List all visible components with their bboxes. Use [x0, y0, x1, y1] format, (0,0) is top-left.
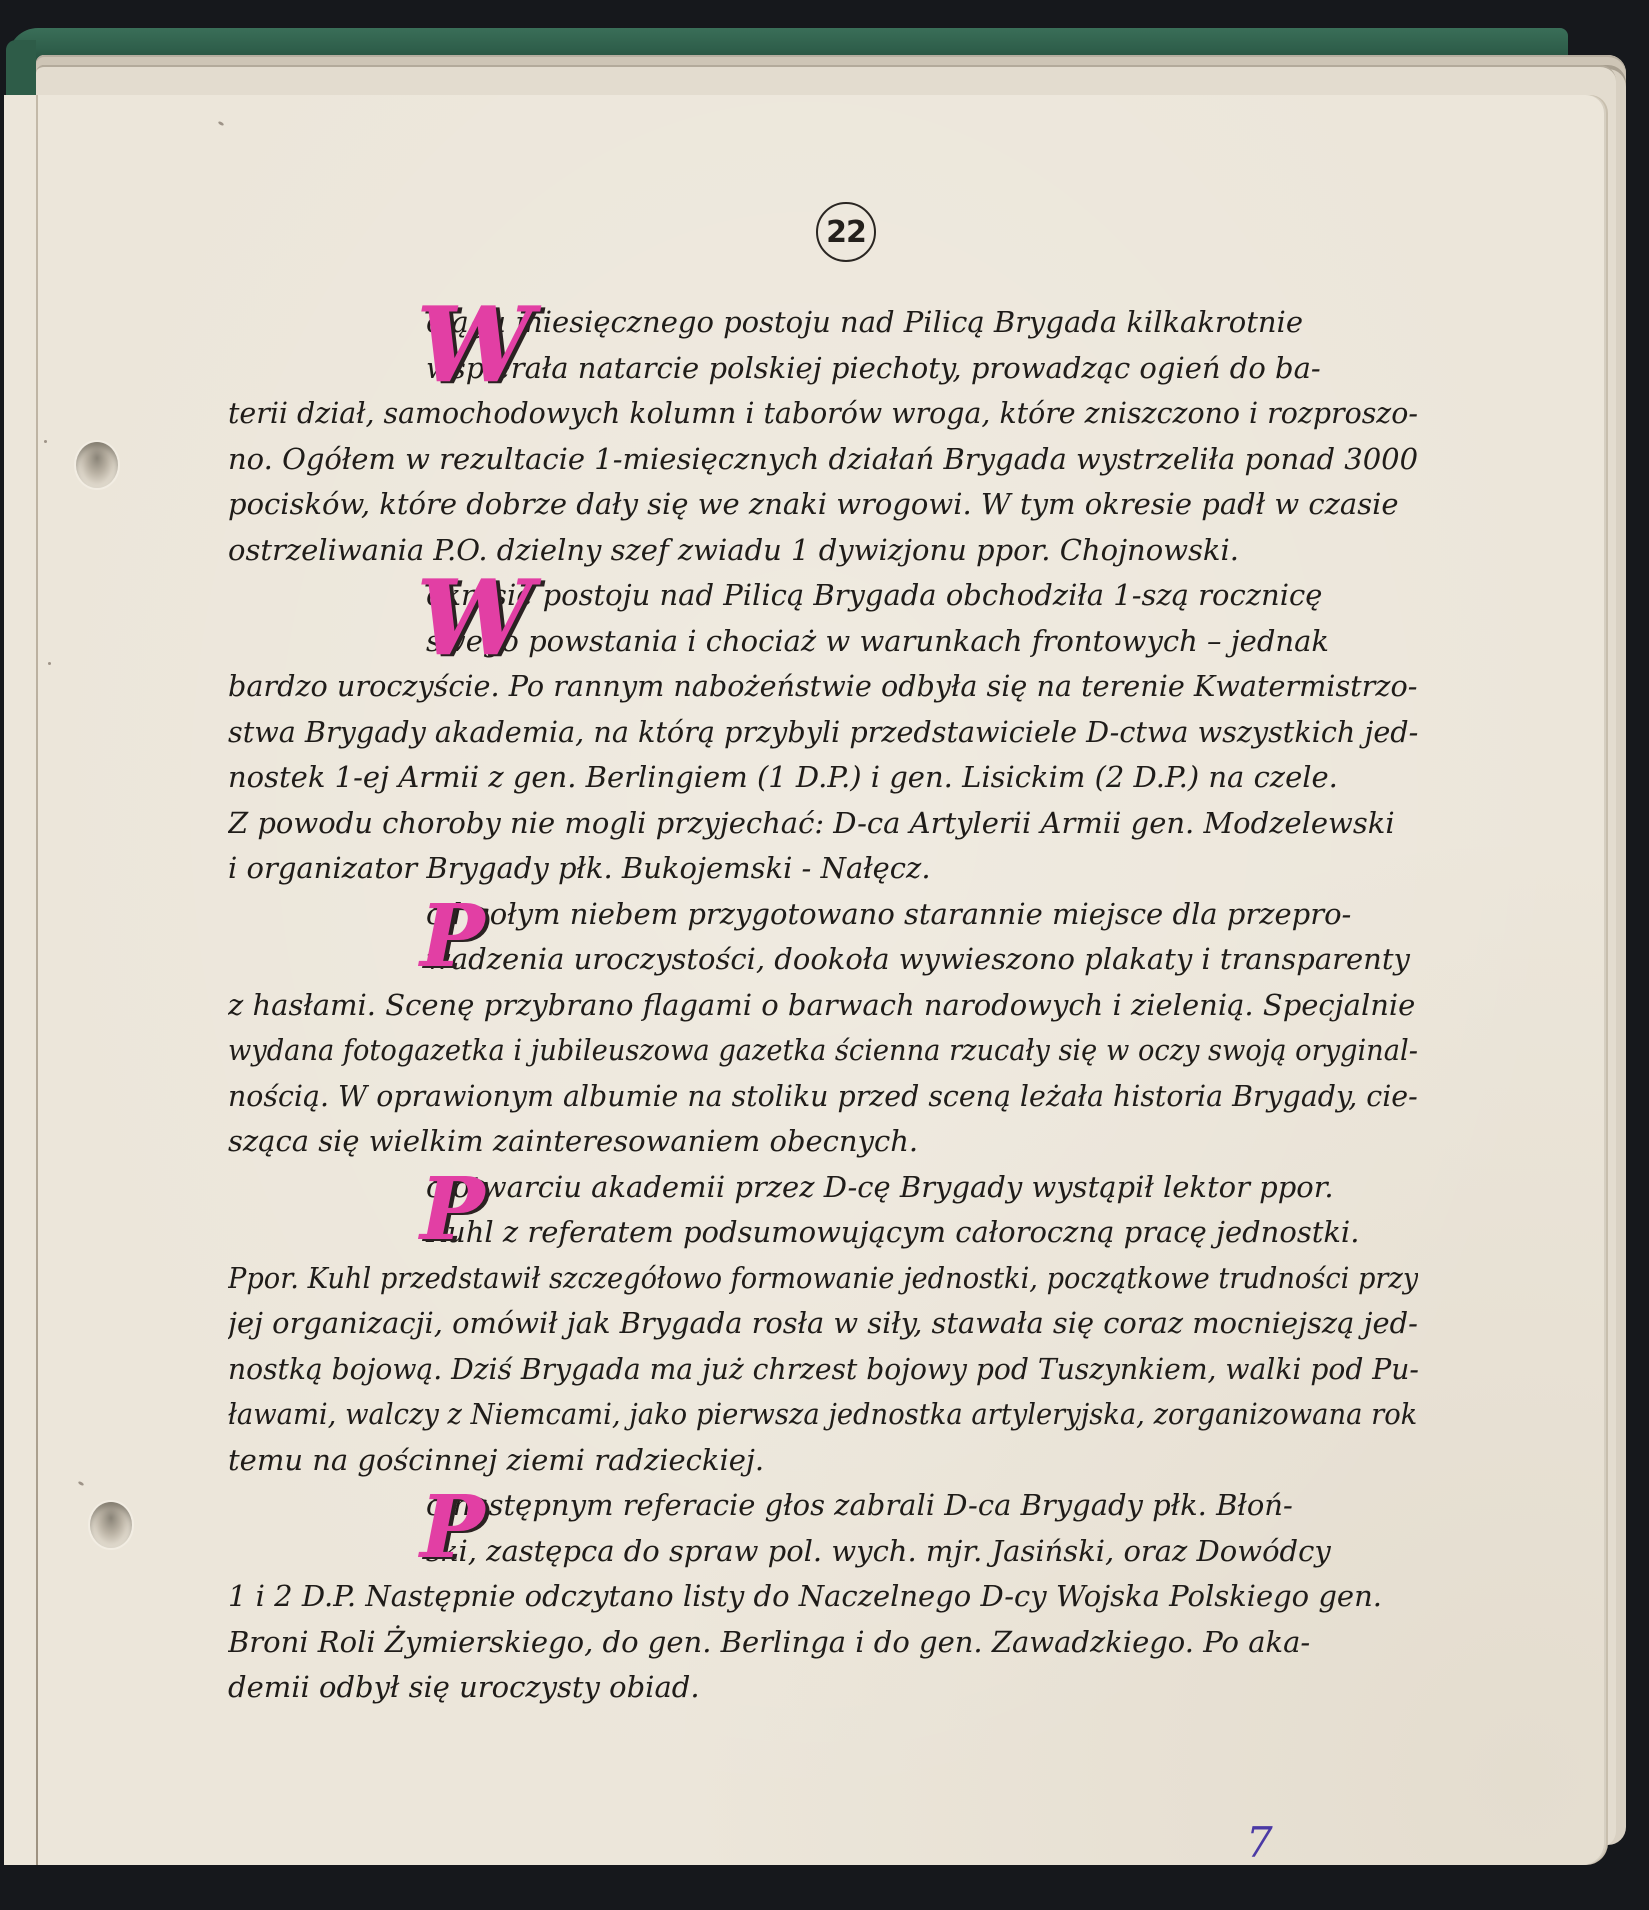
text-line: ławami, walczy z Niemcami, jako pierwsza… — [228, 1392, 1418, 1438]
text-line: od gołym niebem przygotowano starannie m… — [228, 892, 1418, 938]
text-line: sząca się wielkim zainteresowaniem obecn… — [228, 1119, 1418, 1165]
text-line: stwa Brygady akademia, na którą przybyli… — [228, 710, 1418, 756]
text-line: Kuhl z referatem podsumowującym całorocz… — [228, 1210, 1418, 1256]
text-line: wadzenia uroczystości, dookoła wywieszon… — [228, 937, 1418, 983]
text-line: no. Ogółem w rezultacie 1-miesięcznych d… — [228, 437, 1418, 483]
text-line: nostek 1-ej Armii z gen. Berlingiem (1 D… — [228, 755, 1418, 801]
text-line: okresie postoju nad Pilicą Brygada obcho… — [228, 573, 1418, 619]
decorative-initial: P — [420, 1485, 485, 1571]
text-line: o otwarciu akademii przez D-cę Brygady w… — [228, 1165, 1418, 1211]
text-line: swego powstania i chociaż w warunkach fr… — [228, 619, 1418, 665]
page-number: 22 — [816, 202, 876, 262]
text-line: Broni Roli Żymierskiego, do gen. Berling… — [228, 1620, 1418, 1666]
decorative-initial: P — [420, 1167, 485, 1253]
decorative-initial: W — [416, 302, 533, 388]
text-line: wydana fotogazetka i jubileuszowa gazetk… — [228, 1028, 1418, 1074]
paragraph-1: W ciągu miesięcznego postoju nad Pilicą … — [228, 300, 1418, 573]
binding-fold — [36, 95, 38, 1865]
text-line: Z powodu choroby nie mogli przyjechać: D… — [228, 801, 1418, 847]
paragraph-3: P od gołym niebem przygotowano starannie… — [228, 892, 1418, 1165]
paragraph-2: W okresie postoju nad Pilicą Brygada obc… — [228, 573, 1418, 892]
text-line: wspierała natarcie polskiej piechoty, pr… — [228, 346, 1418, 392]
text-line: 1 i 2 D.P. Następnie odczytano listy do … — [228, 1574, 1418, 1620]
text-line: pocisków, które dobrze dały się we znaki… — [228, 482, 1418, 528]
text-line: nością. W oprawionym albumie na stoliku … — [228, 1074, 1418, 1120]
punch-hole-top — [76, 442, 118, 488]
handwritten-text: W ciągu miesięcznego postoju nad Pilicą … — [228, 300, 1418, 1711]
paper-speck — [44, 440, 47, 443]
text-line: demii odbył się uroczysty obiad. — [228, 1665, 1418, 1711]
punch-hole-bottom — [90, 1502, 132, 1548]
text-line: jej organizacji, omówił jak Brygada rosł… — [228, 1301, 1418, 1347]
archival-pencil-mark: 7 — [1246, 1818, 1273, 1867]
text-line: Ppor. Kuhl przedstawił szczegółowo formo… — [228, 1256, 1418, 1302]
text-line: terii dział, samochodowych kolumn i tabo… — [228, 391, 1418, 437]
text-line: o następnym referacie głos zabrali D-ca … — [228, 1483, 1418, 1529]
decorative-initial: W — [416, 575, 533, 661]
text-line: temu na gościnnej ziemi radzieckiej. — [228, 1438, 1418, 1484]
paper-speck — [48, 662, 51, 665]
text-line: i organizator Brygady płk. Bukojemski - … — [228, 846, 1418, 892]
text-line: z hasłami. Scenę przybrano flagami o bar… — [228, 983, 1418, 1029]
text-line: nostką bojową. Dziś Brygada ma już chrze… — [228, 1347, 1418, 1393]
text-line: ski, zastępca do spraw pol. wych. mjr. J… — [228, 1529, 1418, 1575]
paragraph-4: P o otwarciu akademii przez D-cę Brygady… — [228, 1165, 1418, 1484]
text-line: ciągu miesięcznego postoju nad Pilicą Br… — [228, 300, 1418, 346]
decorative-initial: P — [420, 894, 485, 980]
book-cover-corner — [6, 40, 36, 95]
text-line: bardzo uroczyście. Po rannym nabożeństwi… — [228, 664, 1418, 710]
paragraph-5: P o następnym referacie głos zabrali D-c… — [228, 1483, 1418, 1711]
text-line: ostrzeliwania P.O. dzielny szef zwiadu 1… — [228, 528, 1418, 574]
scanned-book-page: 22 W ciągu miesięcznego postoju nad Pili… — [0, 0, 1649, 1910]
